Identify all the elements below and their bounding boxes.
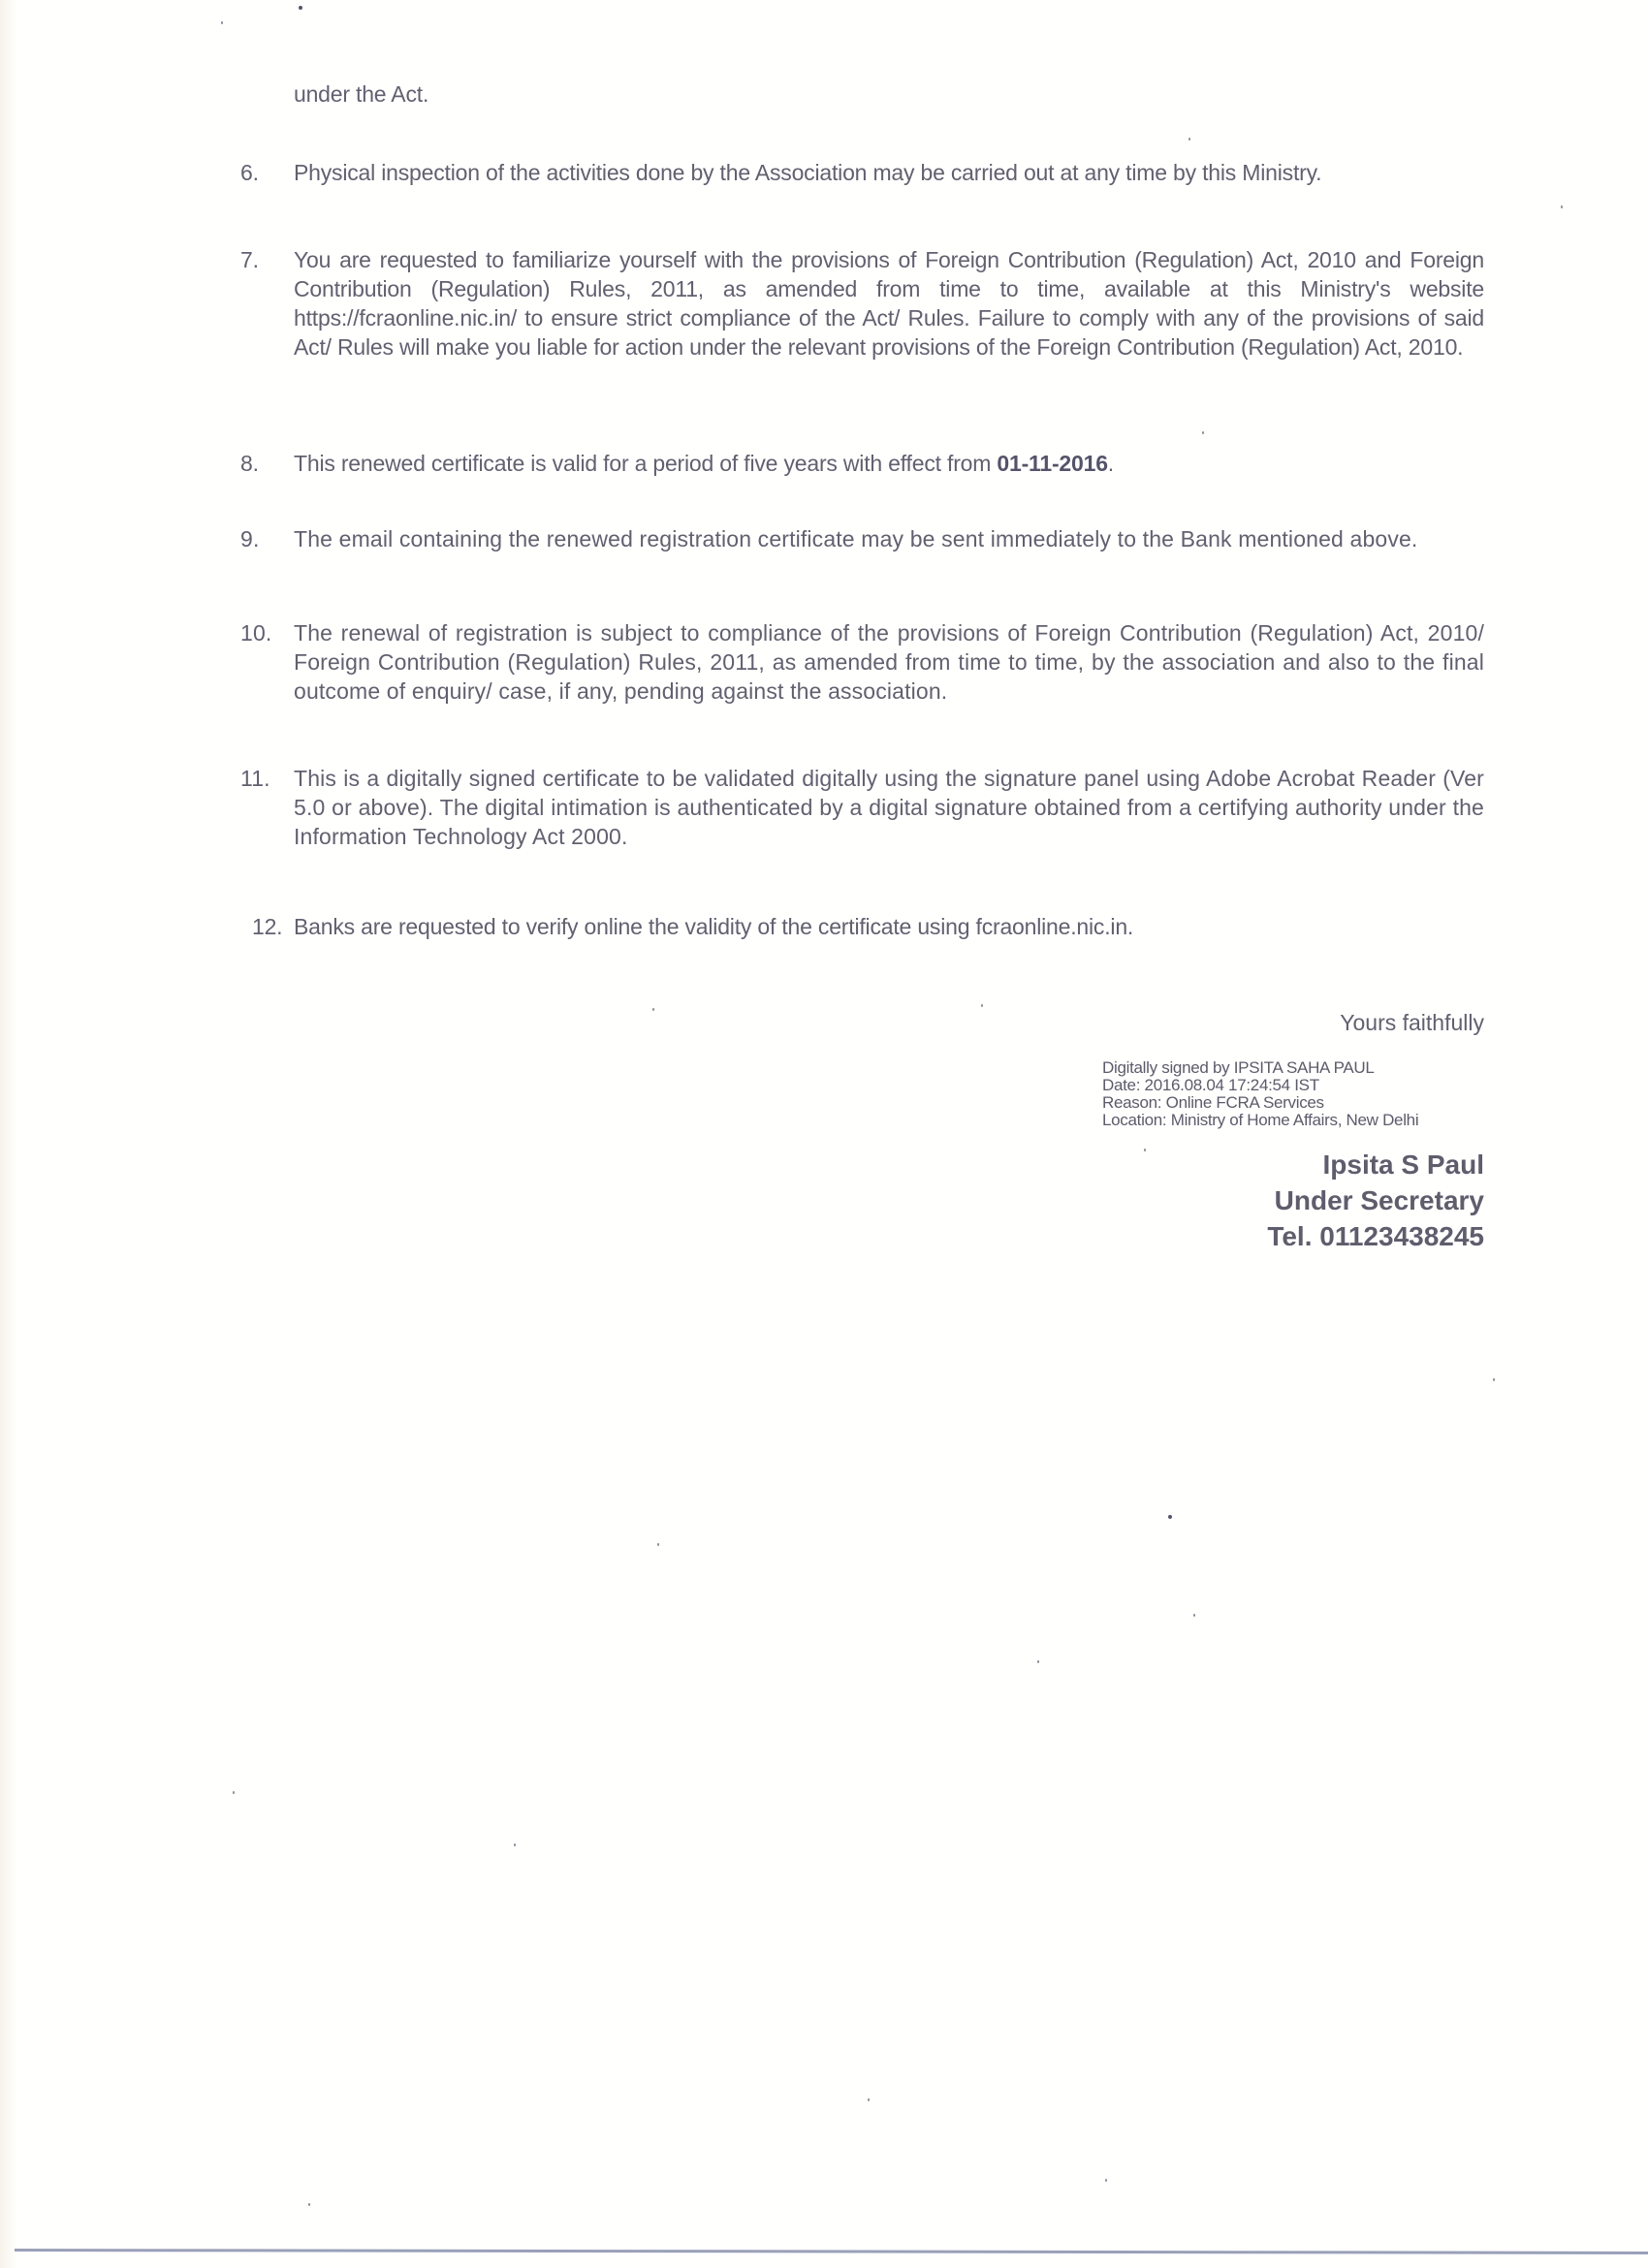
scan-speck <box>868 2098 870 2101</box>
scan-speck <box>514 1843 516 1846</box>
scan-speck <box>1144 1149 1146 1151</box>
list-item-6: 6. Physical inspection of the activities… <box>240 158 1484 187</box>
scan-speck <box>981 1004 983 1007</box>
scan-edge <box>0 0 17 2268</box>
scan-speck <box>233 1791 235 1794</box>
signature-reason: Reason: Online FCRA Services <box>1102 1094 1418 1112</box>
scan-speck <box>1105 2179 1107 2182</box>
scan-speck <box>221 21 223 24</box>
item-text: The renewal of registration is subject t… <box>294 618 1484 706</box>
digital-signature-block: Digitally signed by IPSITA SAHA PAUL Dat… <box>1102 1059 1418 1129</box>
item-text: This renewed certificate is valid for a … <box>294 449 1484 478</box>
list-item-12: 12. Banks are requested to verify online… <box>240 912 1484 941</box>
list-item-11: 11. This is a digitally signed certifica… <box>240 764 1484 851</box>
list-item-9: 9. The email containing the renewed regi… <box>240 524 1484 553</box>
signer-designation: Under Secretary <box>1267 1182 1484 1218</box>
scan-speck <box>1168 1515 1172 1519</box>
effective-date: 01-11-2016 <box>997 451 1107 476</box>
item-number: 6. <box>240 158 291 187</box>
signer-name: Ipsita S Paul <box>1267 1147 1484 1182</box>
signed-by: Digitally signed by IPSITA SAHA PAUL <box>1102 1059 1418 1077</box>
item-text: The email containing the renewed registr… <box>294 524 1484 553</box>
item-text: This is a digitally signed certificate t… <box>294 764 1484 851</box>
item-text-main: This renewed certificate is valid for a … <box>294 451 997 476</box>
scan-speck <box>308 2203 310 2206</box>
list-item-10: 10. The renewal of registration is subje… <box>240 618 1484 706</box>
bottom-rule <box>15 2249 1648 2254</box>
item-number: 11. <box>240 764 291 793</box>
scan-speck <box>1202 431 1204 434</box>
scan-speck <box>1493 1378 1495 1381</box>
signature-location: Location: Ministry of Home Affairs, New … <box>1102 1112 1418 1129</box>
item-number: 10. <box>240 618 291 647</box>
scan-speck <box>652 1008 654 1011</box>
scan-speck <box>1193 1614 1195 1617</box>
signer-block: Ipsita S Paul Under Secretary Tel. 01123… <box>1267 1147 1484 1254</box>
scan-speck <box>657 1543 659 1546</box>
scan-speck <box>1188 138 1190 141</box>
list-item-7: 7. You are requested to familiarize your… <box>240 245 1484 362</box>
scan-speck <box>1561 205 1563 208</box>
list-item-8: 8. This renewed certificate is valid for… <box>240 449 1484 478</box>
signer-phone: Tel. 01123438245 <box>1267 1218 1484 1254</box>
item-text: Banks are requested to verify online the… <box>294 912 1484 941</box>
closing-salutation: Yours faithfully <box>1340 1008 1484 1037</box>
item-text-suffix: . <box>1108 451 1114 476</box>
item-number: 8. <box>240 449 291 478</box>
item-number: 7. <box>240 245 291 274</box>
continuation-text: under the Act. <box>294 79 428 109</box>
scan-speck <box>299 6 302 10</box>
item-number: 9. <box>240 524 291 553</box>
scan-speck <box>1037 1660 1039 1663</box>
item-text: You are requested to familiarize yoursel… <box>294 245 1484 362</box>
signature-date: Date: 2016.08.04 17:24:54 IST <box>1102 1077 1418 1094</box>
item-text: Physical inspection of the activities do… <box>294 158 1484 187</box>
item-number: 12. <box>252 912 302 941</box>
scanned-page: under the Act. 6. Physical inspection of… <box>0 0 1648 2268</box>
